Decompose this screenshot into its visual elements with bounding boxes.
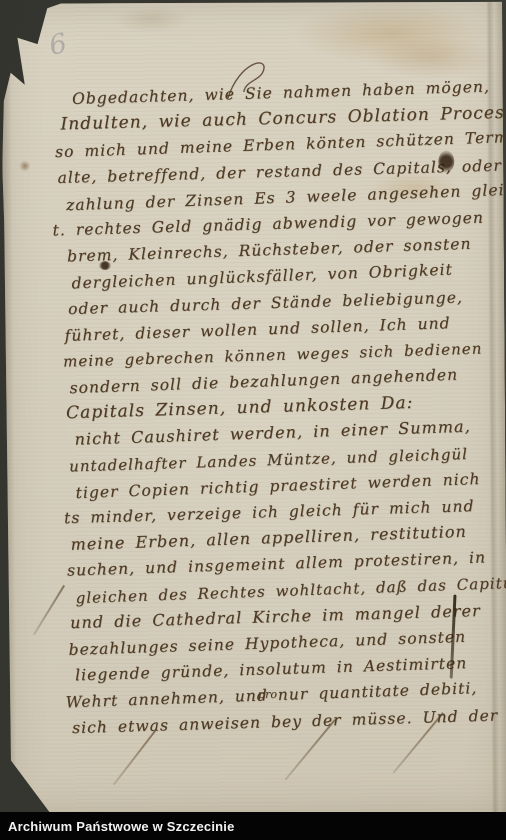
pen-flourish-stroke	[33, 585, 65, 635]
manuscript-page: 6 Obgedachten, wie Sie nahmen haben möge…	[1, 0, 506, 815]
pencil-folio-number: 6	[46, 28, 69, 62]
ink-blot	[99, 261, 111, 270]
archive-caption-bar: Archiwum Państwowe w Szczecinie	[0, 812, 506, 840]
ink-blot	[438, 151, 454, 173]
manuscript-text: Obgedachten, wie Sie nahmen haben mögen,…	[54, 76, 506, 739]
interlinear-insertion: pro	[258, 688, 277, 701]
archive-name-label: Archiwum Państwowe w Szczecinie	[0, 819, 235, 834]
scan-photo-background: 6 Obgedachten, wie Sie nahmen haben möge…	[0, 0, 506, 840]
